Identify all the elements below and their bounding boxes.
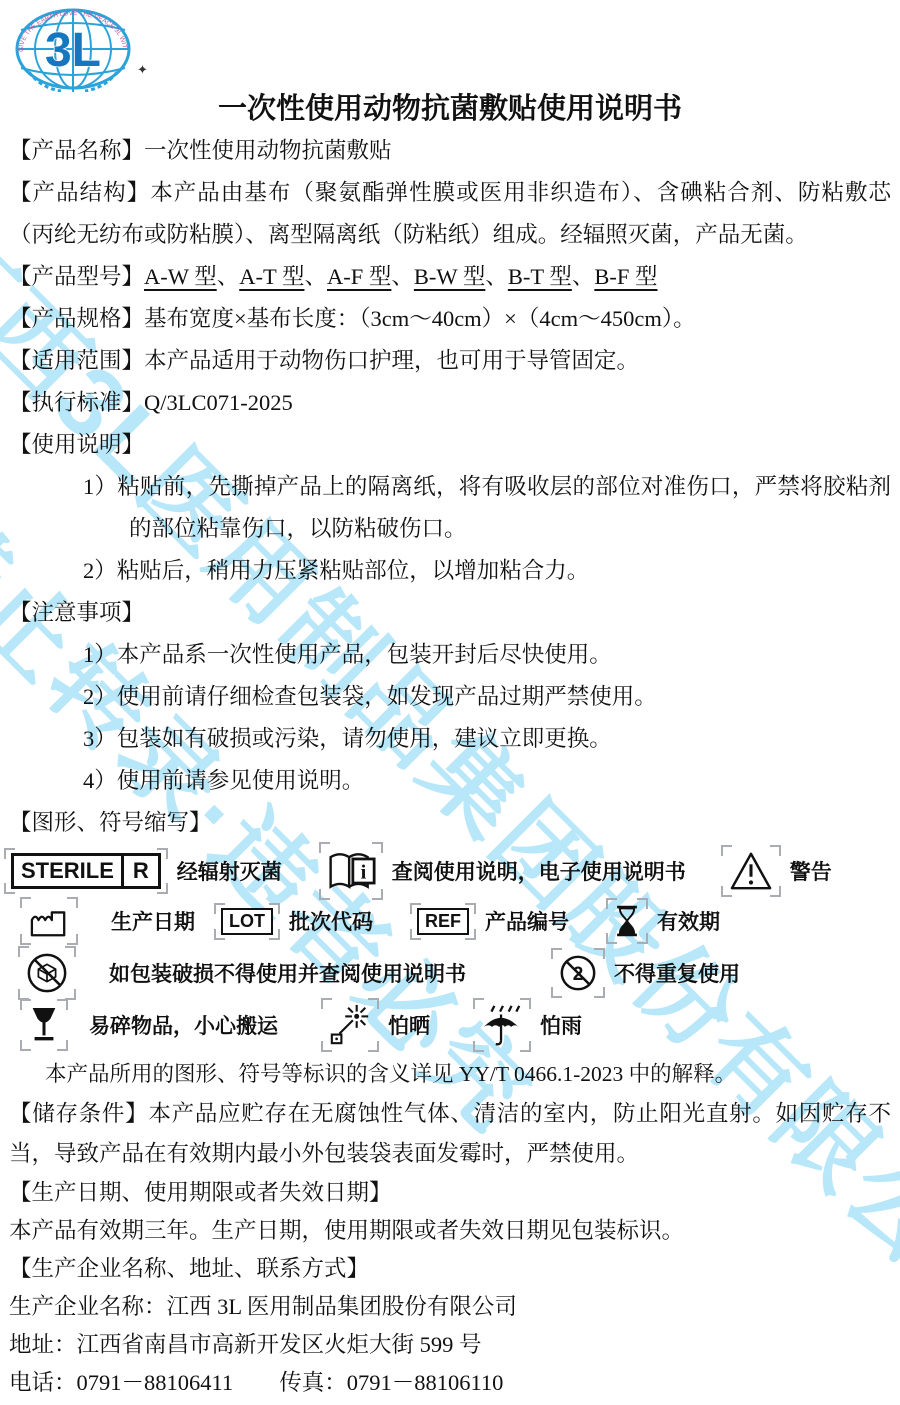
leaflet-page: 3L GIVE THE EARTH LOVE THE PEACE 3L WITH…	[0, 0, 900, 1402]
no-use-damaged-icon	[25, 951, 69, 995]
product-name-label: 【产品名称】	[9, 138, 144, 163]
hourglass-icon	[613, 903, 641, 939]
manufacturer-contact-line: 电话：0791－88106411传真：0791－88106110	[9, 1364, 891, 1402]
usage-step: 1）粘贴前，先撕掉产品上的隔离纸，将有吸收层的部位对准伤口，严禁将胶粘剂的部位粘…	[9, 466, 891, 550]
product-name-value: 一次性使用动物抗菌敷贴	[144, 138, 392, 163]
fax-value: 0791－88106110	[347, 1370, 504, 1395]
keep-dry-icon	[480, 1003, 524, 1047]
dates-value: 本产品有效期三年。生产日期，使用期限或者失效日期见包装标识。	[9, 1212, 891, 1250]
symbols-row: STERILER经辐射灭菌 i查阅使用说明，电子使用说明书 警告	[9, 846, 891, 896]
phone-label: 电话：	[9, 1370, 77, 1395]
symbol-label: 生产日期	[111, 906, 195, 936]
manufacturer-name-label: 生产企业名称：	[9, 1294, 167, 1319]
product-structure-label: 【产品结构】	[9, 180, 150, 205]
symbol-label: 警告	[790, 856, 832, 886]
header: 3L GIVE THE EARTH LOVE THE PEACE 3L WITH…	[9, 0, 891, 88]
manufacturer-address-line: 地址：江西省南昌市高新开发区火炬大街 599 号	[9, 1326, 891, 1364]
section-standard: 【执行标准】Q/3LC071-2025	[9, 382, 891, 424]
product-model: A-T 型	[239, 264, 304, 289]
standard-label: 【执行标准】	[9, 390, 144, 415]
precaution-item: 2）使用前请仔细检查包装袋，如发现产品过期严禁使用。	[9, 676, 891, 718]
section-storage: 【储存条件】本产品应贮存在无腐蚀性气体、清洁的室内，防止阳光直射。如因贮存不当，…	[9, 1094, 891, 1174]
section-product-name: 【产品名称】一次性使用动物抗菌敷贴	[9, 130, 891, 172]
section-scope: 【适用范围】本产品适用于动物伤口护理，也可用于导管固定。	[9, 340, 891, 382]
consult-ifu-icon: i	[326, 847, 376, 895]
product-spec-value: 基布宽度×基布长度：（3cm～40cm）×（4cm～450cm）。	[144, 306, 696, 331]
fax-label: 传真：	[279, 1370, 347, 1395]
symbol-label: 不得重复使用	[614, 958, 740, 988]
usage-list: 1）粘贴前，先撕掉产品上的隔离纸，将有吸收层的部位对准伤口，严禁将胶粘剂的部位粘…	[9, 466, 891, 592]
precaution-item: 4）使用前请参见使用说明。	[9, 760, 891, 802]
manufacturer-heading: 【生产企业名称、地址、联系方式】	[9, 1250, 891, 1288]
usage-heading: 【使用说明】	[9, 424, 891, 466]
symbol-label: 查阅使用说明，电子使用说明书	[392, 856, 686, 886]
scope-value: 本产品适用于动物伤口护理，也可用于导管固定。	[144, 348, 639, 373]
section-product-spec: 【产品规格】基布宽度×基布长度：（3cm～40cm）×（4cm～450cm）。	[9, 298, 891, 340]
symbol-label: 易碎物品，小心搬运	[89, 1010, 278, 1040]
no-reuse-icon: 2	[558, 953, 598, 993]
company-logo: 3L GIVE THE EARTH LOVE THE PEACE 3L WITH…	[11, 6, 135, 97]
symbols-row: 易碎物品，小心搬运 怕晒 怕雨	[9, 1000, 891, 1050]
usage-step: 2）粘贴后，稍用力压紧粘贴部位，以增加粘合力。	[9, 550, 891, 592]
address-value: 江西省南昌市高新开发区火炬大街 599 号	[77, 1332, 482, 1357]
svg-text:i: i	[360, 861, 366, 883]
symbol-label: 如包装破损不得使用并查阅使用说明书	[109, 958, 466, 988]
symbols-heading: 【图形、符号缩写】	[9, 802, 891, 844]
product-model: B-W 型	[414, 264, 485, 289]
standard-value: Q/3LC071-2025	[144, 390, 293, 415]
ref-icon: REF	[417, 908, 469, 935]
product-model-label: 【产品型号】	[9, 264, 144, 289]
precautions-list: 1）本产品系一次性使用产品，包装开封后尽快使用。2）使用前请仔细检查包装袋，如发…	[9, 634, 891, 802]
product-model: A-W 型	[144, 264, 217, 289]
precautions-heading: 【注意事项】	[9, 592, 891, 634]
precaution-item: 3）包装如有破损或污染，请勿使用，建议立即更换。	[9, 718, 891, 760]
symbol-label: 怕晒	[388, 1010, 430, 1040]
dates-heading: 【生产日期、使用期限或者失效日期】	[9, 1174, 891, 1212]
symbol-label: 有效期	[657, 906, 720, 936]
section-product-structure: 【产品结构】本产品由基布（聚氨酯弹性膜或医用非织造布）、含碘粘合剂、防粘敷芯（丙…	[9, 172, 891, 256]
storage-label: 【储存条件】	[9, 1101, 148, 1126]
lot-icon: LOT	[221, 908, 273, 935]
symbol-label: 经辐射灭菌	[177, 856, 282, 886]
symbols-row: 如包装破损不得使用并查阅使用说明书 2 不得重复使用	[9, 946, 891, 1000]
symbols-note: 本产品所用的图形、符号等标识的含义详见 YY/T 0466.1-2023 中的解…	[9, 1050, 891, 1094]
logo-3l-text: 3L	[45, 24, 101, 77]
page-title: 一次性使用动物抗菌敷贴使用说明书	[9, 88, 891, 130]
fragile-icon	[27, 1004, 61, 1046]
manufacturer-name: 江西 3L 医用制品集团股份有限公司	[167, 1294, 517, 1319]
symbol-label: 产品编号	[485, 906, 569, 936]
address-label: 地址：	[9, 1332, 77, 1357]
factory-icon	[27, 902, 71, 940]
product-model: B-F 型	[594, 264, 657, 289]
symbol-label: 批次代码	[289, 906, 373, 936]
logo-star-mark: ✦	[137, 62, 148, 78]
symbol-label: 怕雨	[540, 1010, 582, 1040]
section-product-model: 【产品型号】A-W 型、A-T 型、A-F 型、B-W 型、B-T 型、B-F …	[9, 256, 891, 298]
manufacturer-name-line: 生产企业名称：江西 3L 医用制品集团股份有限公司	[9, 1288, 891, 1326]
product-model: A-F 型	[327, 264, 391, 289]
sterile-r-icon: STERILER	[11, 853, 161, 889]
product-model-values: A-W 型、A-T 型、A-F 型、B-W 型、B-T 型、B-F 型	[144, 264, 657, 289]
symbols-grid: STERILER经辐射灭菌 i查阅使用说明，电子使用说明书 警告 生产日期LOT…	[9, 846, 891, 1050]
phone-value: 0791－88106411	[77, 1370, 234, 1395]
scope-label: 【适用范围】	[9, 348, 144, 373]
product-spec-label: 【产品规格】	[9, 306, 144, 331]
product-model: B-T 型	[508, 264, 572, 289]
warning-icon	[728, 850, 774, 892]
no-sun-icon	[328, 1003, 372, 1047]
precaution-item: 1）本产品系一次性使用产品，包装开封后尽快使用。	[9, 634, 891, 676]
symbols-row: 生产日期LOT批次代码REF产品编号 有效期	[9, 896, 891, 946]
